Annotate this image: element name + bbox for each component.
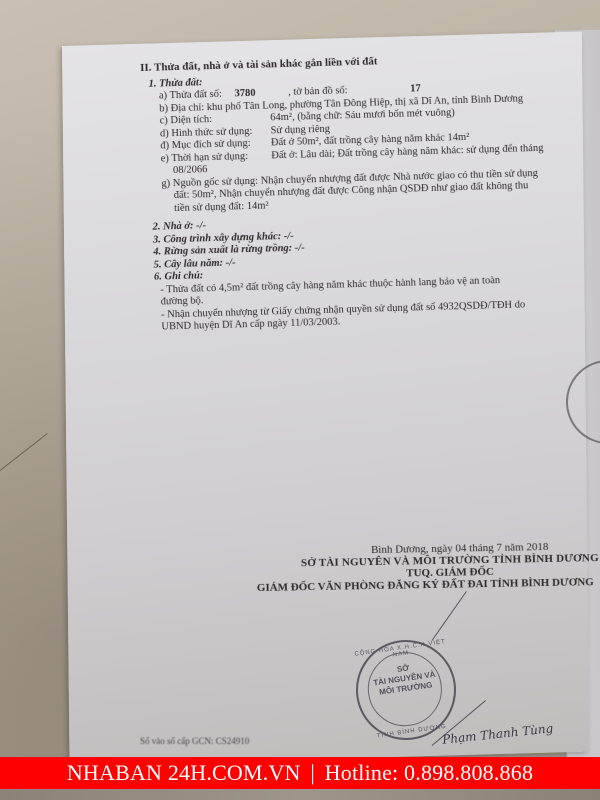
certificate-content: II. Thửa đất, nhà ở và tài sản khác gắn …	[140, 49, 600, 334]
origin-label: g) Nguồn gốc sử dụng:	[161, 175, 258, 189]
watermark-banner: NHABAN 24H.COM.VN | Hotline: 0.898.808.8…	[0, 757, 600, 789]
item-1-heading: 1. Thửa đất:	[148, 77, 202, 89]
banner-site[interactable]: NHABAN 24H.COM.VN	[67, 760, 301, 785]
map-sheet-label: , tờ bản đồ số:	[288, 85, 348, 98]
parcel-number-label: a) Thửa đất số:	[159, 89, 222, 102]
usage-form-value: Sử dụng riêng	[270, 123, 330, 136]
banner-separator: |	[310, 760, 315, 785]
map-sheet-value: 17	[410, 83, 421, 96]
background-bottom-strip	[0, 789, 600, 800]
address-label: b) Địa chỉ:	[159, 102, 204, 114]
banner-hotline[interactable]: Hotline: 0.898.808.868	[325, 760, 534, 785]
signature-block: Bình Dương, ngày 04 tháng 7 năm 2018 SỞ …	[240, 540, 600, 595]
register-number: Số vào sổ cấp GCN: CS24910	[140, 736, 249, 746]
parcel-number-value: 3780	[234, 88, 255, 101]
